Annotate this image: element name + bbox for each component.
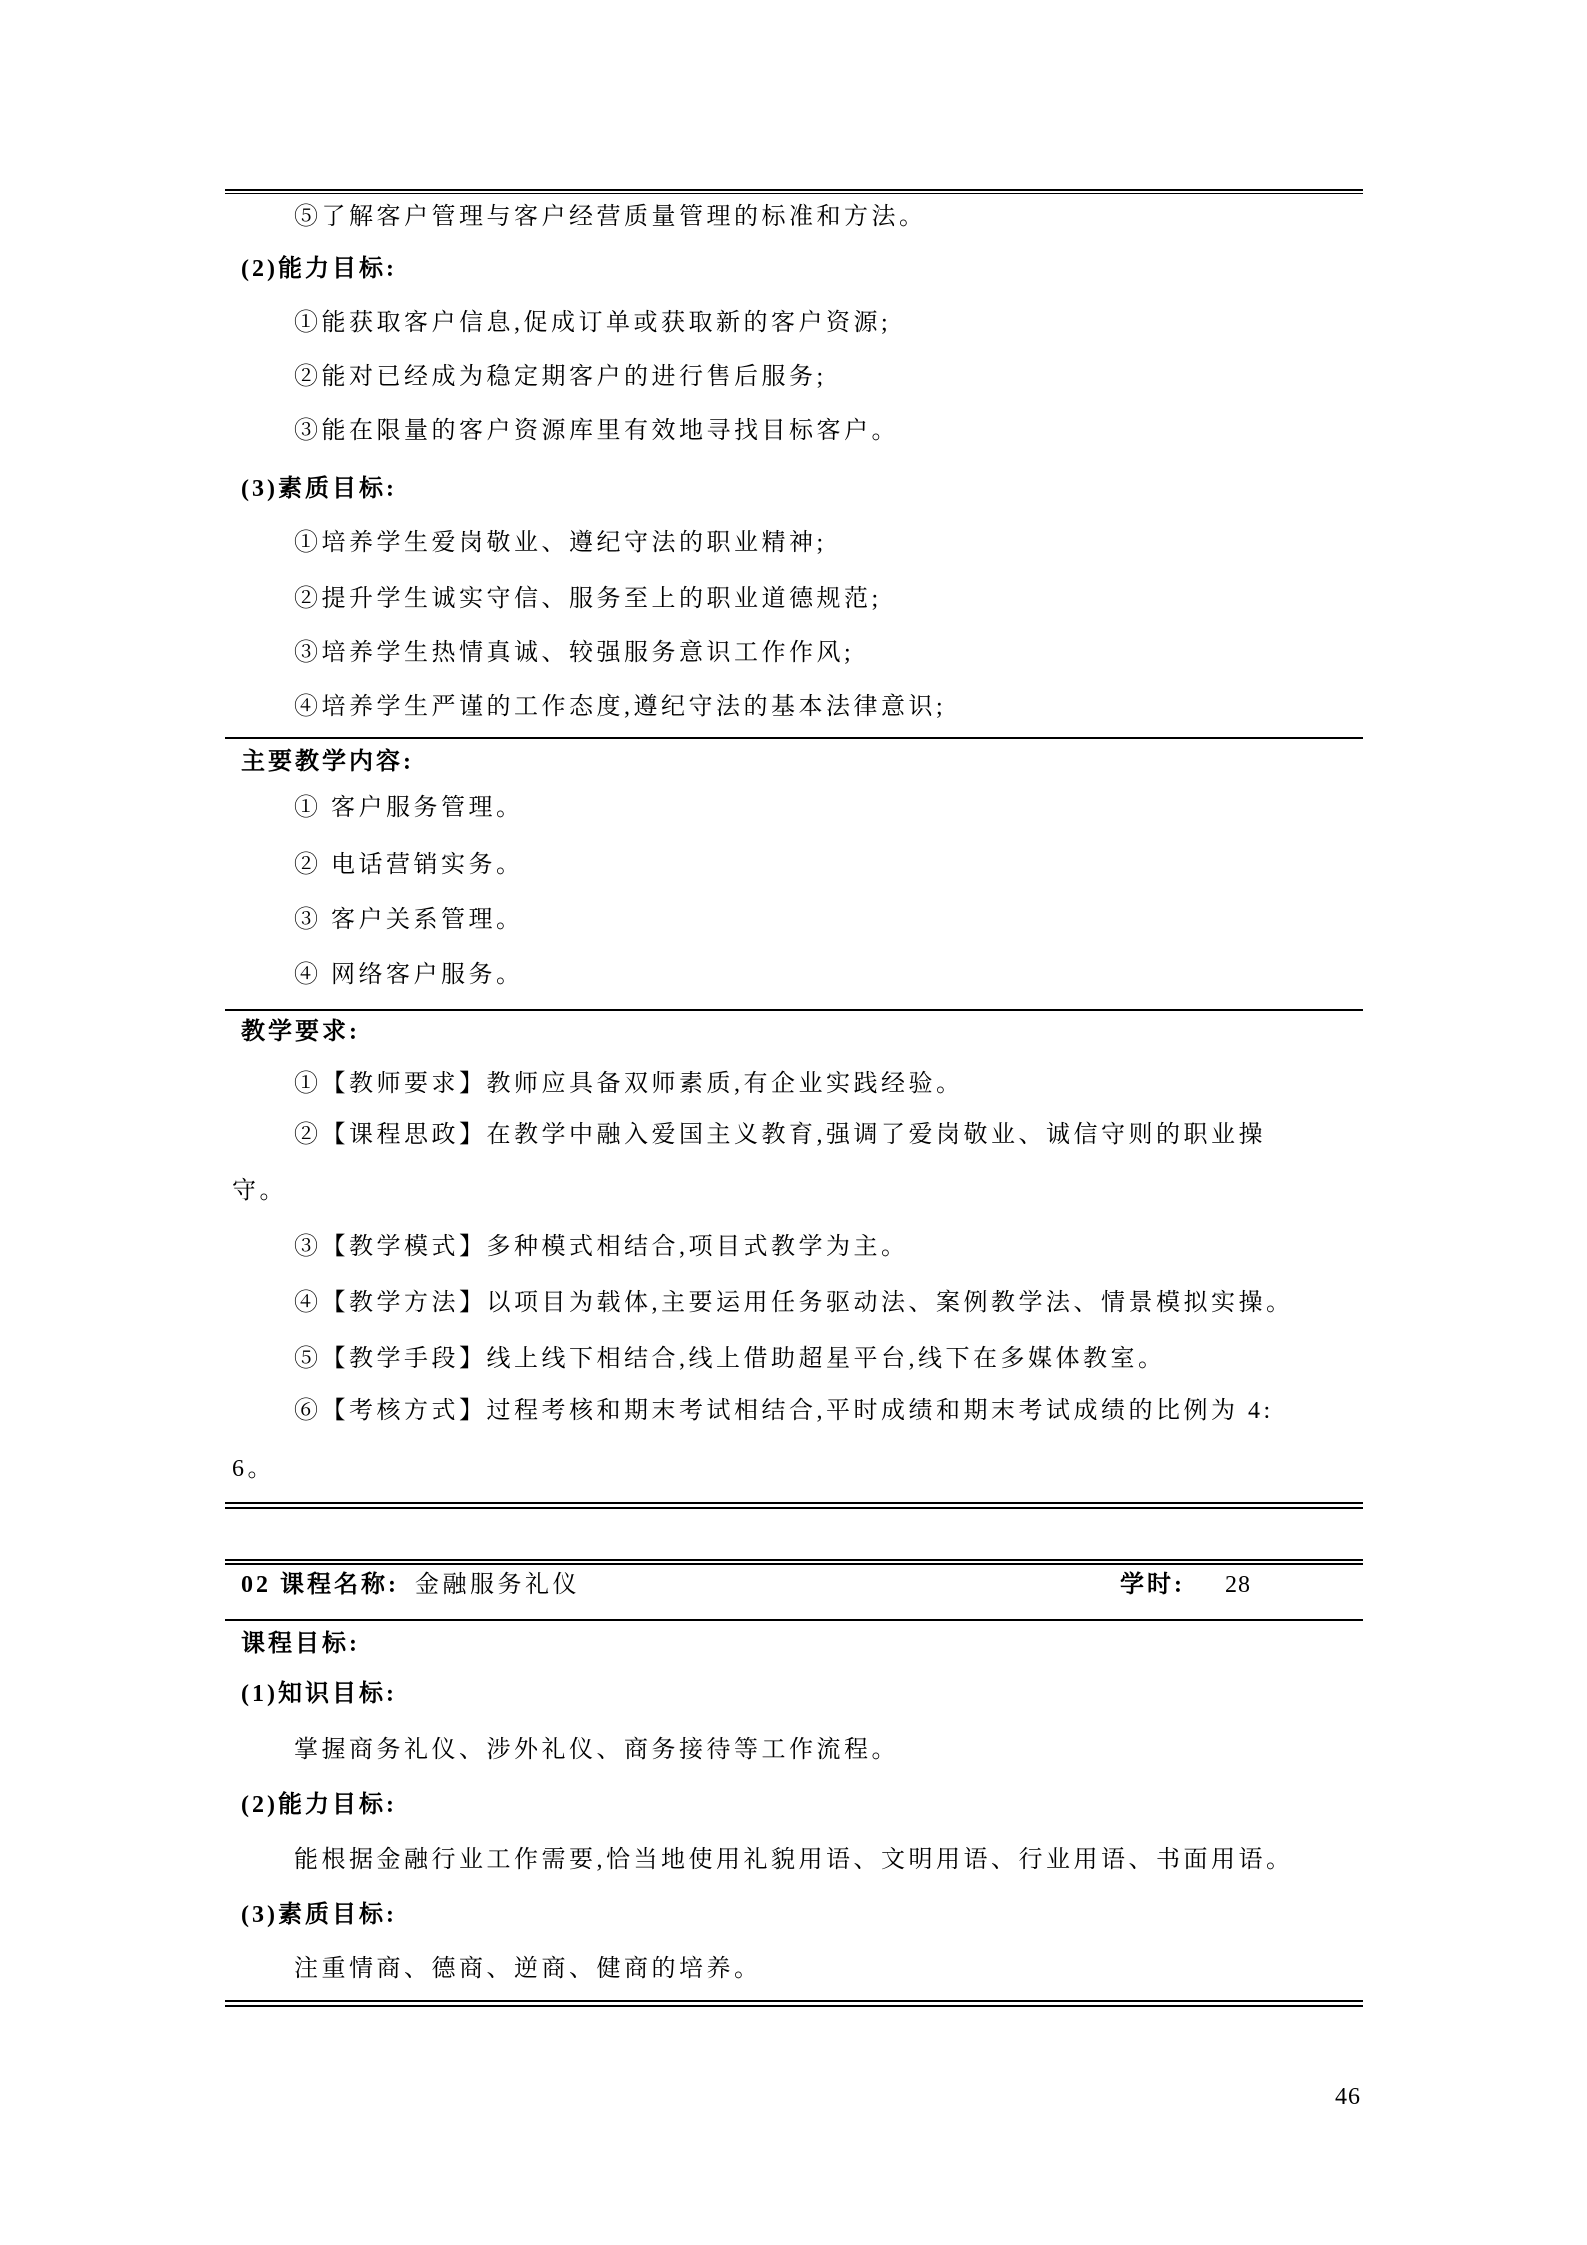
course02-start-double-rule-b bbox=[225, 1563, 1363, 1565]
course02-start-double-rule-a bbox=[225, 1559, 1363, 1561]
content-item-2: ② 电话营销实务。 bbox=[294, 850, 524, 880]
quality-item-2: ②提升学生诚实守信、服务至上的职业道德规范; bbox=[294, 584, 882, 614]
course02-hours-value: 28 bbox=[1225, 1570, 1251, 1600]
quality-objectives-heading: (3)素质目标: bbox=[241, 474, 397, 504]
course02-knowledge-text: 掌握商务礼仪、涉外礼仪、商务接待等工作流程。 bbox=[294, 1735, 899, 1765]
content-item-1: ① 客户服务管理。 bbox=[294, 793, 524, 823]
top-double-rule-thick bbox=[225, 189, 1363, 191]
course02-hours-label: 学时: bbox=[1120, 1570, 1185, 1600]
quality-item-3: ③培养学生热情真诚、较强服务意识工作作风; bbox=[294, 638, 854, 668]
course01-end-double-rule-a bbox=[225, 1502, 1363, 1504]
requirement-line-6: ⑥【考核方式】过程考核和期末考试相结合,平时成绩和期末考试成绩的比例为 4: bbox=[294, 1396, 1274, 1426]
teaching-content-heading: 主要教学内容: bbox=[241, 747, 414, 777]
requirement-line-4: ④【教学方法】以项目为载体,主要运用任务驱动法、案例教学法、情景模拟实操。 bbox=[294, 1288, 1294, 1318]
section-rule-content bbox=[225, 737, 1363, 739]
requirement-line-6-continuation: 6。 bbox=[232, 1454, 275, 1484]
requirement-line-3: ③【教学模式】多种模式相结合,项目式教学为主。 bbox=[294, 1232, 909, 1262]
teaching-requirements-heading: 教学要求: bbox=[241, 1017, 360, 1047]
bottom-double-rule-b bbox=[225, 2005, 1363, 2007]
bottom-double-rule-a bbox=[225, 2000, 1363, 2002]
ability-objectives-heading: (2)能力目标: bbox=[241, 254, 397, 284]
page-number: 46 bbox=[1335, 2082, 1361, 2112]
requirement-line-2-continuation: 守。 bbox=[232, 1176, 287, 1206]
content-item-3: ③ 客户关系管理。 bbox=[294, 905, 524, 935]
top-double-rule-thin bbox=[225, 193, 1363, 194]
course02-title-rule bbox=[225, 1619, 1363, 1621]
requirement-line-5: ⑤【教学手段】线上线下相结合,线上借助超星平台,线下在多媒体教室。 bbox=[294, 1344, 1166, 1374]
course02-quality-heading: (3)素质目标: bbox=[241, 1900, 397, 1930]
course02-name-label: 02 课程名称: bbox=[241, 1570, 399, 1600]
section-rule-requirements bbox=[225, 1009, 1363, 1011]
ability-item-1: ①能获取客户信息,促成订单或获取新的客户资源; bbox=[294, 308, 891, 338]
course02-name-value: 金融服务礼仪 bbox=[415, 1570, 580, 1600]
course02-ability-heading: (2)能力目标: bbox=[241, 1790, 397, 1820]
ability-item-3: ③能在限量的客户资源库里有效地寻找目标客户。 bbox=[294, 416, 899, 446]
course02-quality-text: 注重情商、德商、逆商、健商的培养。 bbox=[294, 1954, 762, 1984]
course02-objectives-heading: 课程目标: bbox=[241, 1629, 360, 1659]
requirement-line-1: ①【教师要求】教师应具备双师素质,有企业实践经验。 bbox=[294, 1069, 964, 1099]
ability-item-2: ②能对已经成为稳定期客户的进行售后服务; bbox=[294, 362, 827, 392]
course02-knowledge-heading: (1)知识目标: bbox=[241, 1679, 397, 1709]
course01-end-double-rule-b bbox=[225, 1507, 1363, 1509]
content-item-4: ④ 网络客户服务。 bbox=[294, 960, 524, 990]
quality-item-4: ④培养学生严谨的工作态度,遵纪守法的基本法律意识; bbox=[294, 692, 946, 722]
course02-ability-text: 能根据金融行业工作需要,恰当地使用礼貌用语、文明用语、行业用语、书面用语。 bbox=[294, 1845, 1294, 1875]
knowledge-item-5: ⑤了解客户管理与客户经营质量管理的标准和方法。 bbox=[294, 202, 927, 232]
quality-item-1: ①培养学生爱岗敬业、遵纪守法的职业精神; bbox=[294, 528, 827, 558]
requirement-line-2: ②【课程思政】在教学中融入爱国主义教育,强调了爱岗敬业、诚信守则的职业操 bbox=[294, 1120, 1266, 1150]
document-page: ⑤了解客户管理与客户经营质量管理的标准和方法。 (2)能力目标: ①能获取客户信… bbox=[0, 0, 1587, 2245]
